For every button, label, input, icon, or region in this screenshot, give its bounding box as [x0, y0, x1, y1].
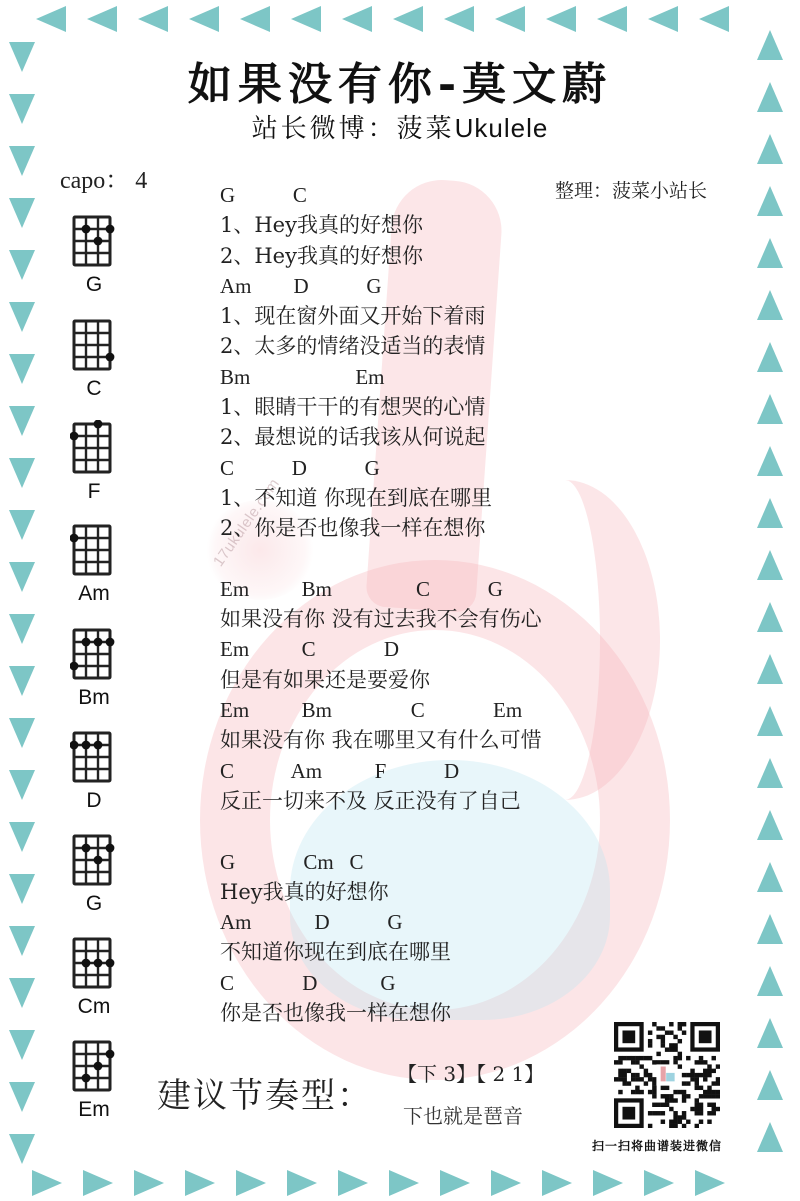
arrow-down-icon: [9, 1082, 35, 1112]
arrow-up-icon: [757, 654, 783, 684]
chord-line: Am D G: [220, 907, 640, 937]
chord-name: G: [70, 892, 118, 916]
arrow-up-icon: [757, 498, 783, 528]
arrow-left-icon: [393, 6, 423, 32]
arrow-right-icon: [338, 1170, 368, 1196]
arrow-right-icon: [134, 1170, 164, 1196]
strum-note: 下也就是琶音: [403, 1100, 523, 1129]
chord-diagram-em: Em: [70, 1038, 122, 1122]
qr-code[interactable]: [614, 1022, 720, 1128]
arrow-up-icon: [757, 966, 783, 996]
lyric-line: 2、最想说的话我该从何说起: [220, 422, 640, 452]
lyric-line: 反正一切来不及 反正没有了自己: [220, 786, 640, 816]
lyric-line: 1、现在窗外面又开始下着雨: [220, 301, 640, 331]
arrow-up-icon: [757, 394, 783, 424]
arrow-left-icon: [546, 6, 576, 32]
arrow-right-icon: [440, 1170, 470, 1196]
arrow-left-icon: [342, 6, 372, 32]
fretboard-icon: [70, 729, 118, 785]
chord-name: Am: [70, 582, 118, 606]
fretboard-icon: [70, 317, 118, 373]
chord-line: G C: [220, 180, 640, 210]
strum-pattern: 【下 3】【 2 1】: [397, 1058, 544, 1087]
arrow-down-icon: [9, 614, 35, 644]
song-title: 如果没有你-莫文蔚: [0, 48, 800, 112]
lyric-line: 不知道你现在到底在哪里: [220, 937, 640, 967]
arrow-up-icon: [757, 862, 783, 892]
arrow-down-icon: [9, 770, 35, 800]
arrow-up-icon: [757, 550, 783, 580]
arrow-down-icon: [9, 718, 35, 748]
arrow-down-icon: [9, 406, 35, 436]
arrow-up-icon: [757, 706, 783, 736]
blank-line: [220, 816, 640, 846]
lyrics-sheet: G C1、Hey我真的好想你2、Hey我真的好想你Am D G1、现在窗外面又开…: [220, 180, 640, 1028]
arrow-left-icon: [138, 6, 168, 32]
arrow-up-icon: [757, 810, 783, 840]
arrow-left-icon: [189, 6, 219, 32]
arrow-up-icon: [757, 1018, 783, 1048]
lyric-line: 如果没有你 我在哪里又有什么可惜: [220, 725, 640, 755]
arrow-down-icon: [9, 302, 35, 332]
lyric-line: Hey我真的好想你: [220, 877, 640, 907]
lyric-line: 但是有如果还是要爱你: [220, 665, 640, 695]
arrow-down-icon: [9, 354, 35, 384]
chord-line: Em Bm C G: [220, 574, 640, 604]
arrow-right-icon: [593, 1170, 623, 1196]
arrow-down-icon: [9, 1030, 35, 1060]
chord-line: G Cm C: [220, 847, 640, 877]
arrow-down-icon: [9, 510, 35, 540]
arrow-right-icon: [389, 1170, 419, 1196]
arrow-right-icon: [695, 1170, 725, 1196]
subtitle-brand: Ukulele: [455, 113, 549, 143]
arrow-down-icon: [9, 458, 35, 488]
arrow-up-icon: [757, 446, 783, 476]
chord-name: F: [70, 480, 118, 504]
arrow-up-icon: [757, 342, 783, 372]
arrow-down-icon: [9, 926, 35, 956]
chord-name: C: [70, 377, 118, 401]
arrow-right-icon: [185, 1170, 215, 1196]
arrow-up-icon: [757, 1070, 783, 1100]
arrow-right-icon: [491, 1170, 521, 1196]
arrow-right-icon: [83, 1170, 113, 1196]
arrow-down-icon: [9, 978, 35, 1008]
chord-diagram-g: G: [70, 832, 122, 916]
arrow-down-icon: [9, 666, 35, 696]
chord-diagram-f: F: [70, 420, 122, 504]
chord-name: Bm: [70, 686, 118, 710]
chord-diagram-c: C: [70, 317, 122, 401]
arrow-left-icon: [444, 6, 474, 32]
lyric-line: 2、太多的情绪没适当的表情: [220, 331, 640, 361]
arrow-up-icon: [757, 186, 783, 216]
arrow-down-icon: [9, 250, 35, 280]
blank-line: [220, 544, 640, 574]
arrow-right-icon: [32, 1170, 62, 1196]
chord-name: Cm: [70, 995, 118, 1019]
lyric-line: 2、Hey我真的好想你: [220, 241, 640, 271]
arrow-up-icon: [757, 238, 783, 268]
chord-line: Bm Em: [220, 362, 640, 392]
capo-label: capo： 4: [60, 160, 147, 195]
arrow-down-icon: [9, 1134, 35, 1164]
arrow-left-icon: [495, 6, 525, 32]
subtitle-prefix: 站长微博：菠菜: [252, 114, 455, 144]
arrow-up-icon: [757, 290, 783, 320]
fretboard-icon: [70, 1038, 118, 1094]
subtitle: 站长微博：菠菜Ukulele: [0, 108, 800, 145]
arrow-up-icon: [757, 914, 783, 944]
arrow-down-icon: [9, 874, 35, 904]
arrow-left-icon: [291, 6, 321, 32]
fretboard-icon: [70, 420, 118, 476]
chord-diagram-cm: Cm: [70, 935, 122, 1019]
chord-name: Em: [70, 1098, 118, 1122]
arrow-down-icon: [9, 146, 35, 176]
lyric-line: 2、你是否也像我一样在想你: [220, 513, 640, 543]
chord-line: C D G: [220, 968, 640, 998]
lyric-line: 1、Hey我真的好想你: [220, 210, 640, 240]
chord-line: Am D G: [220, 271, 640, 301]
arrow-right-icon: [644, 1170, 674, 1196]
strum-label: 建议节奏型：: [157, 1068, 373, 1117]
arrow-up-icon: [757, 602, 783, 632]
arrow-down-icon: [9, 198, 35, 228]
fretboard-icon: [70, 832, 118, 888]
arrow-left-icon: [240, 6, 270, 32]
arrow-down-icon: [9, 562, 35, 592]
arrow-left-icon: [87, 6, 117, 32]
chord-line: Em C D: [220, 634, 640, 664]
arrow-left-icon: [699, 6, 729, 32]
qr-code-icon: [614, 1022, 720, 1128]
chord-diagram-am: Am: [70, 522, 122, 606]
arrow-right-icon: [287, 1170, 317, 1196]
chord-diagram-g: G: [70, 213, 122, 297]
lyric-line: 如果没有你 没有过去我不会有伤心: [220, 604, 640, 634]
arrow-right-icon: [236, 1170, 266, 1196]
chord-line: Em Bm C Em: [220, 695, 640, 725]
arrow-up-icon: [757, 1122, 783, 1152]
chord-name: G: [70, 273, 118, 297]
arrow-down-icon: [9, 822, 35, 852]
fretboard-icon: [70, 213, 118, 269]
chord-name: D: [70, 789, 118, 813]
lyric-line: 1、眼睛干干的有想哭的心情: [220, 392, 640, 422]
lyric-line: 你是否也像我一样在想你: [220, 998, 640, 1028]
arrow-up-icon: [757, 758, 783, 788]
arrow-left-icon: [648, 6, 678, 32]
chord-line: C D G: [220, 453, 640, 483]
arrow-right-icon: [542, 1170, 572, 1196]
chord-diagram-d: D: [70, 729, 122, 813]
qr-caption: 扫一扫将曲谱装进微信: [592, 1137, 722, 1154]
fretboard-icon: [70, 522, 118, 578]
chord-diagram-bm: Bm: [70, 626, 122, 710]
arrow-left-icon: [597, 6, 627, 32]
fretboard-icon: [70, 935, 118, 991]
arrow-left-icon: [36, 6, 66, 32]
fretboard-icon: [70, 626, 118, 682]
chord-line: C Am F D: [220, 756, 640, 786]
lyric-line: 1、不知道 你现在到底在哪里: [220, 483, 640, 513]
